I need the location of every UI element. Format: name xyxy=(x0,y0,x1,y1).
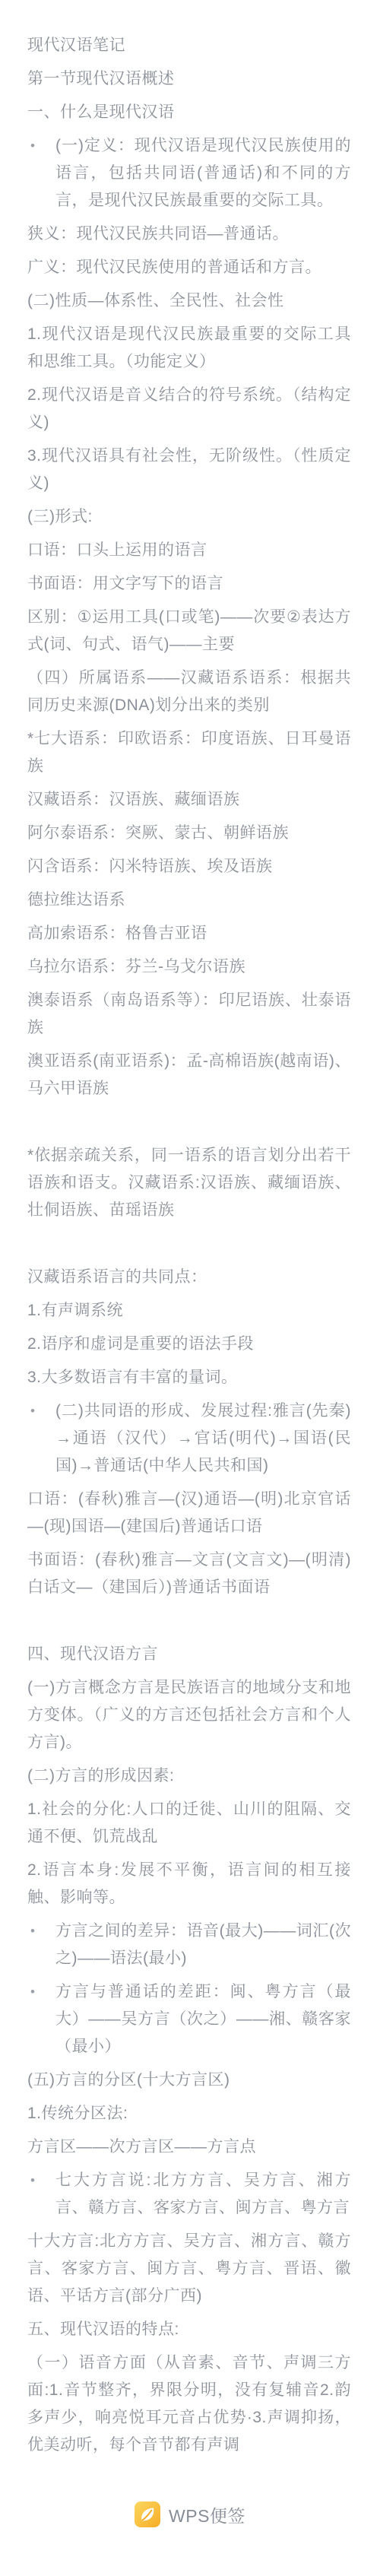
bullet-dot-icon: • xyxy=(27,1978,55,2060)
note-share-image: 现代汉语笔记第一节现代汉语概述一、什么是现代汉语•(一)定义：现代汉语是现代汉民… xyxy=(0,0,380,2576)
bullet-list-item: •方言与普通话的差距：闽、粤方言（最大）——吴方言（次之）——湘、赣客家（最小） xyxy=(27,1978,351,2060)
note-paragraph: 口语：口头上运用的语言 xyxy=(27,537,351,564)
note-paragraph: (二)方言的形成因素: xyxy=(27,1762,351,1790)
bullet-item-text: (一)定义：现代汉语是现代汉民族使用的语言，包括共同语(普通话)和不同的方言，是… xyxy=(55,132,351,214)
bullet-dot-icon: • xyxy=(27,132,55,214)
note-paragraph: 3.大多数语言有丰富的量词。 xyxy=(27,1364,351,1391)
note-paragraph: 2.现代汉语是音义结合的符号系统。（结构定义) xyxy=(27,382,351,436)
bullet-dot-icon: • xyxy=(27,1918,55,1972)
app-name-label: WPS便签 xyxy=(169,2502,245,2527)
note-paragraph: 3.现代汉语具有社会性，无阶级性。（性质定义) xyxy=(27,443,351,497)
note-paragraph: 阿尔泰语系：突厥、蒙古、朝鲜语族 xyxy=(27,820,351,847)
bullet-item-text: 七大方言说:北方方言、吴方言、湘方言、赣方言、客家方言、闽方言、粤方言 xyxy=(55,2167,351,2222)
note-paragraph: (二)性质—体系性、全民性、社会性 xyxy=(27,287,351,315)
paragraph-spacer xyxy=(27,1230,351,1264)
note-paragraph: 书面语：(春秋)雅言—文言(文言文)—(明清)白话文—（建国后）)普通话书面语 xyxy=(27,1547,351,1601)
note-paragraph: 澳泰语系（南岛语系等）：印尼语族、壮泰语族 xyxy=(27,987,351,1042)
note-content: 现代汉语笔记第一节现代汉语概述一、什么是现代汉语•(一)定义：现代汉语是现代汉民… xyxy=(0,0,380,2459)
bullet-list-item: •(一)定义：现代汉语是现代汉民族使用的语言，包括共同语(普通话)和不同的方言，… xyxy=(27,132,351,214)
wps-notes-leaf-icon xyxy=(135,2501,160,2527)
note-paragraph: 闪含语系：闪米特语族、埃及语族 xyxy=(27,853,351,880)
note-paragraph: 1.有声调系统 xyxy=(27,1297,351,1324)
bullet-list-item: •七大方言说:北方方言、吴方言、湘方言、赣方言、客家方言、闽方言、粤方言 xyxy=(27,2167,351,2222)
note-paragraph: （一）语音方面（从音素、音节、声调三方面:1.音节整齐，界限分明，没有复辅音2.… xyxy=(27,2349,351,2459)
note-paragraph: 狭义：现代汉民族共同语—普通话。 xyxy=(27,220,351,248)
note-paragraph: 书面语：用文字写下的语言 xyxy=(27,570,351,598)
note-paragraph: 汉藏语系语言的共同点： xyxy=(27,1264,351,1291)
paragraph-spacer xyxy=(27,1607,351,1641)
note-paragraph: 十大方言:北方方言、吴方言、湘方言、赣方言、客家方言、闽方言、粤方言、晋语、徽语… xyxy=(27,2228,351,2310)
bullet-item-text: 方言与普通话的差距：闽、粤方言（最大）——吴方言（次之）——湘、赣客家（最小） xyxy=(55,1978,351,2060)
note-paragraph: *七大语系：印欧语系：印度语族、日耳曼语族 xyxy=(27,725,351,780)
note-paragraph: 方言区——次方言区——方言点 xyxy=(27,2133,351,2161)
bullet-item-text: (二)共同语的形成、发展过程:雅言(先秦)→通语（汉代）→官话(明代)→国语(民… xyxy=(55,1397,351,1480)
note-paragraph: 广义：现代汉民族使用的普通话和方言。 xyxy=(27,254,351,281)
note-paragraph: 四、现代汉语方言 xyxy=(27,1641,351,1668)
note-paragraph: (三)形式: xyxy=(27,503,351,531)
bullet-dot-icon: • xyxy=(27,1397,55,1480)
note-paragraph: 高加索语系：格鲁吉亚语 xyxy=(27,920,351,947)
note-paragraph: （四）所属语系——汉藏语系语系：根据共同历史来源(DNA)划分出来的类别 xyxy=(27,665,351,719)
bullet-list-item: •方言之间的差异：语音(最大)——词汇(次之)——语法(最小) xyxy=(27,1918,351,1972)
bullet-list-item: •(二)共同语的形成、发展过程:雅言(先秦)→通语（汉代）→官话(明代)→国语(… xyxy=(27,1397,351,1480)
note-paragraph: (五)方言的分区(十大方言区) xyxy=(27,2067,351,2094)
note-paragraph: 一、什么是现代汉语 xyxy=(27,99,351,126)
note-paragraph: 1.现代汉语是现代汉民族最重要的交际工具和思维工具。（功能定义） xyxy=(27,321,351,376)
note-paragraph: 1.传统分区法: xyxy=(27,2100,351,2127)
note-paragraph: 2.语序和虚词是重要的语法手段 xyxy=(27,1331,351,1358)
bullet-dot-icon: • xyxy=(27,2167,55,2222)
bullet-item-text: 方言之间的差异：语音(最大)——词汇(次之)——语法(最小) xyxy=(55,1918,351,1972)
paragraph-spacer xyxy=(27,1109,351,1142)
note-paragraph: 2.语言本身:发展不平衡，语言间的相互接触、影响等。 xyxy=(27,1857,351,1911)
note-paragraph: 1.社会的分化:人口的迁徙、山川的阻隔、交通不便、饥荒战乱 xyxy=(27,1796,351,1851)
note-paragraph: 澳亚语系(南亚语系)：孟-高棉语族(越南语)、马六甲语族 xyxy=(27,1048,351,1102)
note-paragraph: 五、现代汉语的特点: xyxy=(27,2316,351,2343)
note-paragraph: 现代汉语笔记 xyxy=(27,32,351,59)
note-paragraph: 第一节现代汉语概述 xyxy=(27,65,351,93)
note-paragraph: (一)方言概念方言是民族语言的地域分支和地方变体。（广义的方言还包括社会方言和个… xyxy=(27,1674,351,1756)
note-paragraph: 乌拉尔语系：芬兰-乌戈尔语族 xyxy=(27,953,351,981)
app-footer: WPS便签 xyxy=(0,2501,380,2527)
note-paragraph: 德拉维达语系 xyxy=(27,887,351,914)
note-paragraph: 区别：①运用工具(口或笔)——次要②表达方式(词、句式、语气)——主要 xyxy=(27,604,351,658)
note-paragraph: 口语：(春秋)雅言—(汉)通语—(明)北京官话—(现)国语—(建国后)普通话口语 xyxy=(27,1486,351,1540)
note-paragraph: *依据亲疏关系，同一语系的语言划分出若干语族和语支。汉藏语系:汉语族、藏缅语族、… xyxy=(27,1142,351,1224)
note-paragraph: 汉藏语系：汉语族、藏缅语族 xyxy=(27,786,351,814)
